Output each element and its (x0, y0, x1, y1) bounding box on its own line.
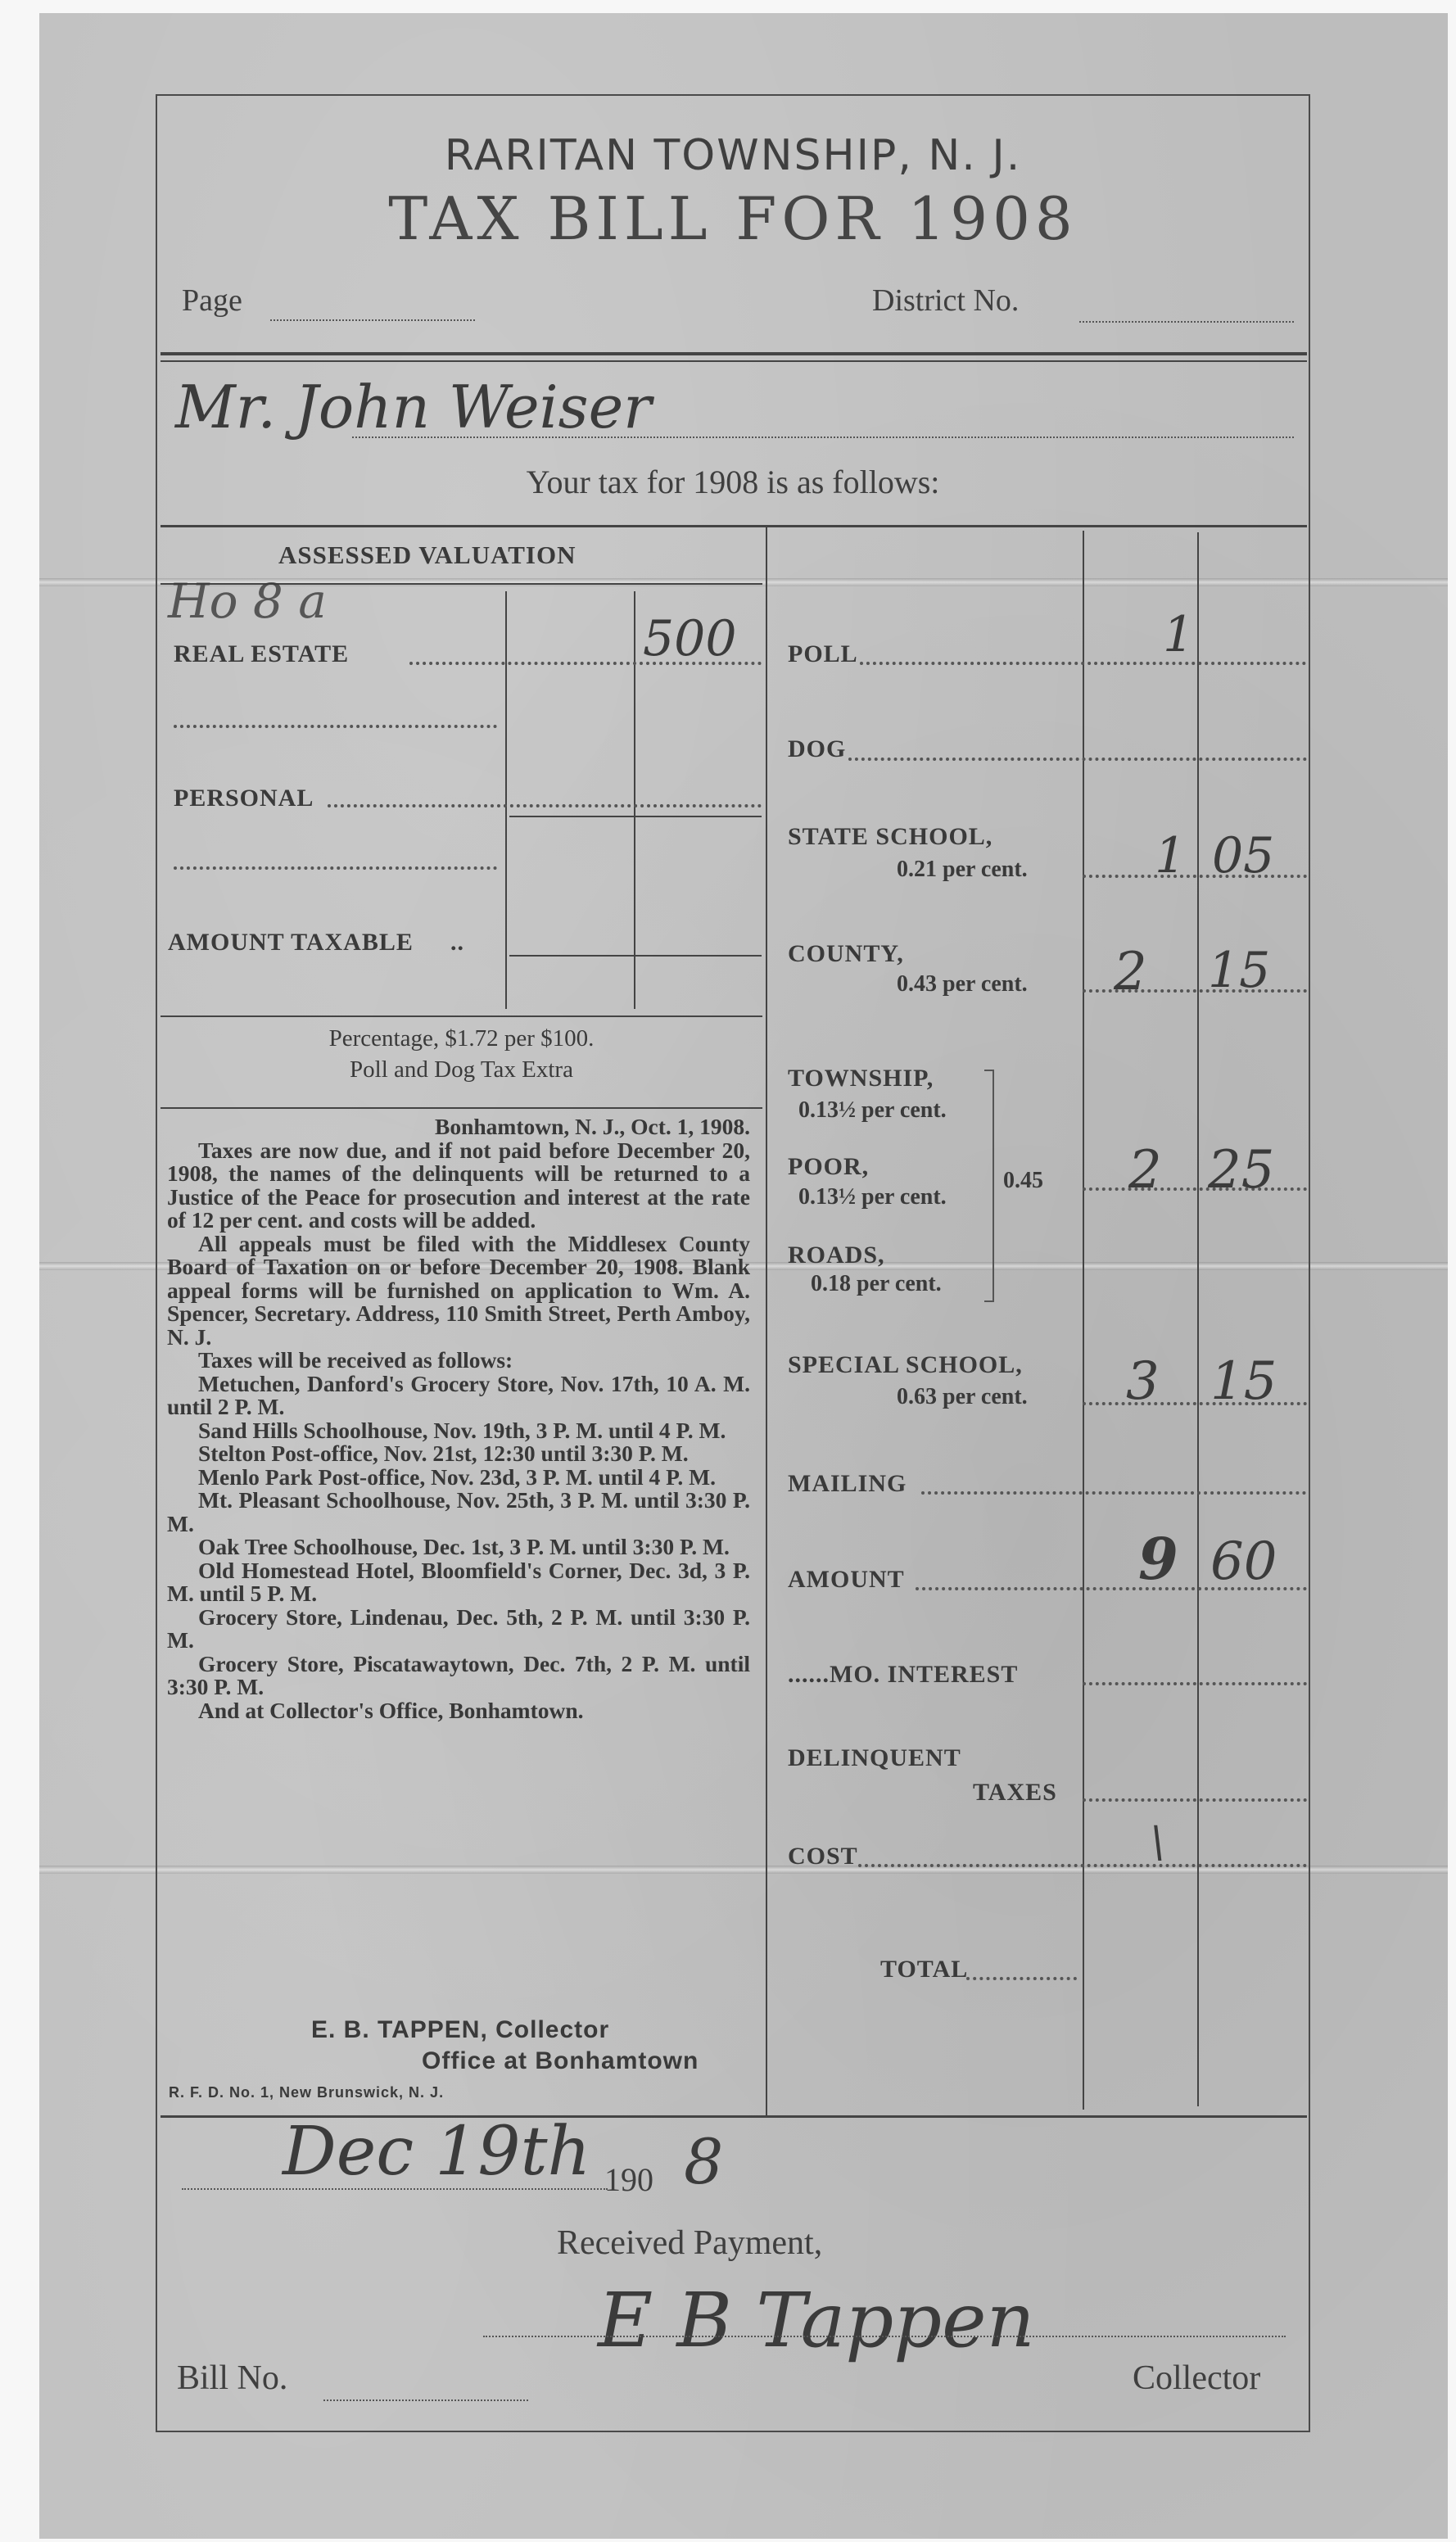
column-divider (766, 527, 767, 2116)
cost-mark[interactable]: \ (1151, 1818, 1165, 1867)
notice-block: Bonhamtown, N. J., Oct. 1, 1908. Taxes a… (167, 1115, 750, 1722)
notice-paragraph: Taxes will be received as follows: (167, 1349, 750, 1373)
page-label: Page (182, 283, 242, 319)
special-school-rate: 0.63 per cent. (897, 1384, 1028, 1410)
amount-cents[interactable]: 60 (1210, 1531, 1277, 1592)
taxpayer-name: Mr. John Weiser (175, 373, 652, 441)
mo-interest-label: ......MO. INTEREST (788, 1661, 1018, 1689)
roads-rate: 0.18 per cent. (811, 1271, 942, 1297)
county-cents[interactable]: 15 (1208, 942, 1270, 999)
personal-leader (328, 804, 762, 807)
notice-dateline: Bonhamtown, N. J., Oct. 1, 1908. (167, 1115, 750, 1139)
district-field[interactable] (1079, 321, 1294, 323)
percentage-line: Percentage, $1.72 per $100. (161, 1025, 762, 1052)
header-rule-thin (161, 360, 1307, 362)
state-school-rate: 0.21 per cent. (897, 857, 1028, 883)
year-suffix[interactable]: 8 (684, 2125, 723, 2198)
bill-no-label: Bill No. (177, 2359, 287, 2398)
amount-taxable-dots: .. (450, 929, 464, 957)
payment-date[interactable]: Dec 19th (283, 2113, 590, 2191)
blank-line[interactable] (174, 725, 497, 728)
cost-leader (858, 1864, 1307, 1867)
amount-taxable-underline (509, 955, 762, 957)
total-leader (966, 1977, 1077, 1980)
district-label: District No. (872, 283, 1019, 319)
percentage-rule (161, 1015, 762, 1017)
collector-address: R. F. D. No. 1, New Brunswick, N. J. (169, 2084, 444, 2101)
schedule-item: Mt. Pleasant Schoolhouse, Nov. 25th, 3 P… (167, 1489, 750, 1536)
grouped-cents[interactable]: 25 (1208, 1140, 1274, 1201)
personal-underline (509, 816, 762, 817)
delinquent-taxes-label: TAXES (973, 1779, 1057, 1807)
blank-line[interactable] (174, 866, 497, 870)
real-estate-value[interactable]: 500 (643, 610, 737, 667)
amount-label: AMOUNT (788, 1566, 905, 1594)
dog-leader (848, 758, 1307, 761)
schedule-item: Menlo Park Post-office, Nov. 23d, 3 P. M… (167, 1466, 750, 1490)
amount-dollars[interactable]: 9 (1138, 1525, 1178, 1593)
poll-label: POLL (788, 640, 858, 668)
dollars-column-line (1083, 531, 1084, 2110)
dog-label: DOG (788, 735, 846, 763)
county-rate: 0.43 per cent. (897, 971, 1028, 997)
grouped-rate: 0.45 (1003, 1168, 1043, 1194)
table-top-rule (161, 525, 1307, 527)
township-label: TOWNSHIP, (788, 1065, 934, 1092)
total-label: TOTAL (880, 1956, 968, 1983)
group-bracket (984, 1070, 994, 1302)
year-prefix: 190 (604, 2160, 653, 2199)
schedule-item: Sand Hills Schoolhouse, Nov. 19th, 3 P. … (167, 1419, 750, 1443)
signature-line (483, 2336, 1286, 2337)
schedule-item: Grocery Store, Piscatawaytown, Dec. 7th,… (167, 1653, 750, 1699)
special-school-cents[interactable]: 15 (1210, 1351, 1277, 1412)
schedule-item: And at Collector's Office, Bonhamtown. (167, 1699, 750, 1723)
real-estate-label: REAL ESTATE (174, 640, 349, 668)
assessed-valuation-heading: ASSESSED VALUATION (278, 541, 576, 570)
notice-paragraph: Taxes are now due, and if not paid befor… (167, 1139, 750, 1233)
cost-label: COST (788, 1843, 858, 1870)
schedule-item: Grocery Store, Lindenau, Dec. 5th, 2 P. … (167, 1606, 750, 1653)
grouped-dollars[interactable]: 2 (1128, 1140, 1162, 1201)
mo-interest-leader (1083, 1682, 1307, 1685)
state-school-label: STATE SCHOOL, (788, 823, 993, 851)
notice-rule (161, 1107, 762, 1109)
personal-label: PERSONAL (174, 785, 314, 812)
valuation-col-line (634, 591, 635, 1009)
poll-leader (860, 662, 1306, 665)
schedule-item: Oak Tree Schoolhouse, Dec. 1st, 3 P. M. … (167, 1536, 750, 1559)
state-school-dollars[interactable]: 1 (1155, 827, 1186, 884)
amount-taxable-label: AMOUNT TAXABLE (168, 929, 414, 957)
municipality-heading: RARITAN TOWNSHIP, N. J. (156, 131, 1310, 180)
schedule-item: Stelton Post-office, Nov. 21st, 12:30 un… (167, 1442, 750, 1466)
delinquent-leader (1083, 1798, 1307, 1802)
schedule-item: Old Homestead Hotel, Bloomfield's Corner… (167, 1559, 750, 1606)
poll-dog-extra: Poll and Dog Tax Extra (161, 1056, 762, 1083)
schedule-item: Metuchen, Danford's Grocery Store, Nov. … (167, 1373, 750, 1419)
valuation-col-line (505, 591, 507, 1009)
roads-label: ROADS, (788, 1242, 885, 1269)
special-school-dollars[interactable]: 3 (1126, 1351, 1160, 1412)
bill-no-field[interactable] (323, 2400, 528, 2401)
poor-rate: 0.13½ per cent. (798, 1184, 947, 1210)
cents-column-line (1197, 532, 1199, 2106)
collector-name: E. B. TAPPEN, Collector (311, 2016, 609, 2044)
special-school-label: SPECIAL SCHOOL, (788, 1351, 1023, 1379)
page-field[interactable] (270, 319, 475, 321)
collector-signature: E B Tappen (598, 2277, 1035, 2364)
mailing-label: MAILING (788, 1470, 907, 1498)
county-label: COUNTY, (788, 940, 904, 968)
collector-label: Collector (1133, 2359, 1260, 2398)
mailing-leader (921, 1491, 1306, 1495)
taxpayer-name-line[interactable] (352, 436, 1294, 438)
header-rule (161, 352, 1307, 355)
tax-intro: Your tax for 1908 is as follows: (156, 463, 1310, 501)
poll-dollars[interactable]: 1 (1163, 606, 1194, 663)
township-rate: 0.13½ per cent. (798, 1097, 947, 1124)
delinquent-label: DELINQUENT (788, 1744, 961, 1772)
payment-date-line (182, 2188, 608, 2190)
county-dollars[interactable]: 2 (1114, 942, 1147, 1002)
valuation-annotation: Ho 8 a (168, 573, 327, 629)
notice-paragraph: All appeals must be filed with the Middl… (167, 1233, 750, 1350)
bill-title: TAX BILL FOR 1908 (156, 184, 1310, 253)
state-school-cents[interactable]: 05 (1212, 827, 1274, 884)
collector-office: Office at Bonhamtown (422, 2047, 699, 2075)
received-payment-label: Received Payment, (557, 2223, 822, 2263)
poor-label: POOR, (788, 1153, 869, 1181)
